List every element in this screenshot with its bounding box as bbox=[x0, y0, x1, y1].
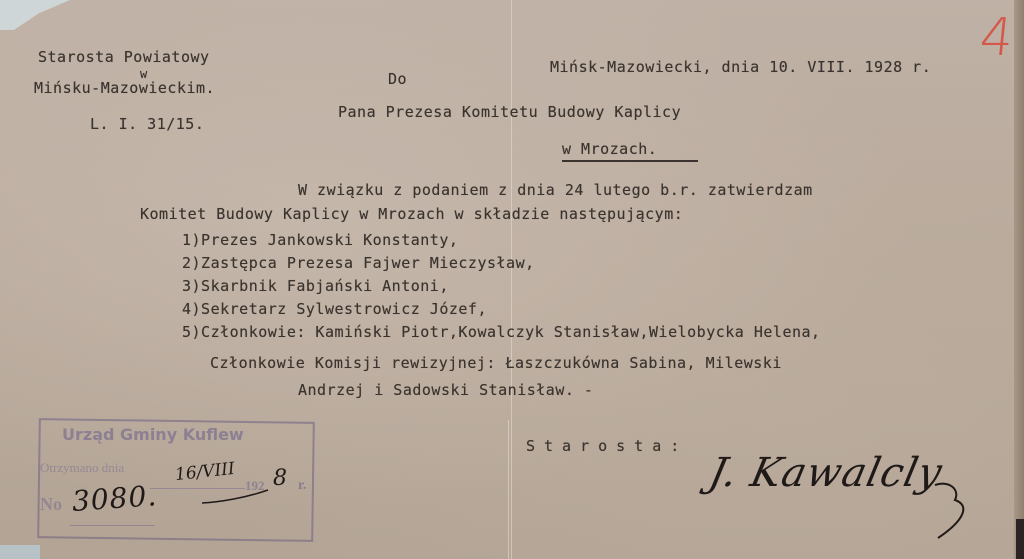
paper-edge bbox=[1014, 0, 1024, 559]
handwritten-signature: J. Kawalcly bbox=[705, 450, 947, 496]
body-intro-line2: Komitet Budowy Kaplicy w Mrozach w skład… bbox=[140, 205, 683, 223]
body-intro-line1: W związku z podaniem z dnia 24 lutego b.… bbox=[298, 181, 813, 199]
background-edge bbox=[1016, 519, 1024, 559]
list-item: 4)Sekretarz Sylwestrowicz Józef, bbox=[182, 300, 487, 318]
stamp-office: Urząd Gminy Kuflew bbox=[62, 425, 244, 444]
list-item: 3)Skarbnik Fabjański Antoni, bbox=[182, 277, 449, 295]
list-item: 2)Zastępca Prezesa Fajwer Mieczysław, bbox=[182, 254, 535, 272]
sender-title: Starosta Powiatowy bbox=[38, 48, 210, 66]
stamp-number-line bbox=[70, 525, 155, 526]
handwritten-year-digit: 8 bbox=[273, 466, 287, 491]
paper-fold bbox=[508, 420, 509, 559]
stamp-year-r: r. bbox=[298, 478, 306, 494]
addressee-line2: w Mrozach. bbox=[562, 140, 657, 158]
background-corner bbox=[0, 545, 40, 559]
closing-title: Starosta: bbox=[526, 437, 688, 455]
list-item: 5)Członkowie: Kamiński Piotr,Kowalczyk S… bbox=[182, 323, 821, 341]
handwritten-flourish bbox=[200, 488, 270, 508]
page-number-mark: 4 bbox=[977, 8, 1016, 68]
addressee-underline bbox=[562, 160, 698, 162]
audit-committee-line1: Członkowie Komisji rewizyjnej: Łaszczukó… bbox=[210, 354, 782, 372]
paper-fold bbox=[511, 0, 512, 559]
sender-location: Mińsku-Mazowieckim. bbox=[34, 79, 215, 97]
list-item: 1)Prezes Jankowski Konstanty, bbox=[182, 231, 458, 249]
reference-number: L. I. 31/15. bbox=[90, 115, 204, 133]
addressee-to: Do bbox=[388, 70, 407, 88]
handwritten-registry-number: 3080. bbox=[71, 479, 158, 518]
stamp-received-label: Otrzymano dnia bbox=[40, 460, 124, 476]
audit-committee-line2: Andrzej i Sadowski Stanisław. - bbox=[298, 381, 593, 399]
place-date: Mińsk-Mazowiecki, dnia 10. VIII. 1928 r. bbox=[550, 58, 931, 76]
signature-flourish bbox=[930, 480, 980, 540]
addressee-line1: Pana Prezesa Komitetu Budowy Kaplicy bbox=[338, 103, 681, 121]
stamp-number-label: No bbox=[40, 494, 62, 515]
